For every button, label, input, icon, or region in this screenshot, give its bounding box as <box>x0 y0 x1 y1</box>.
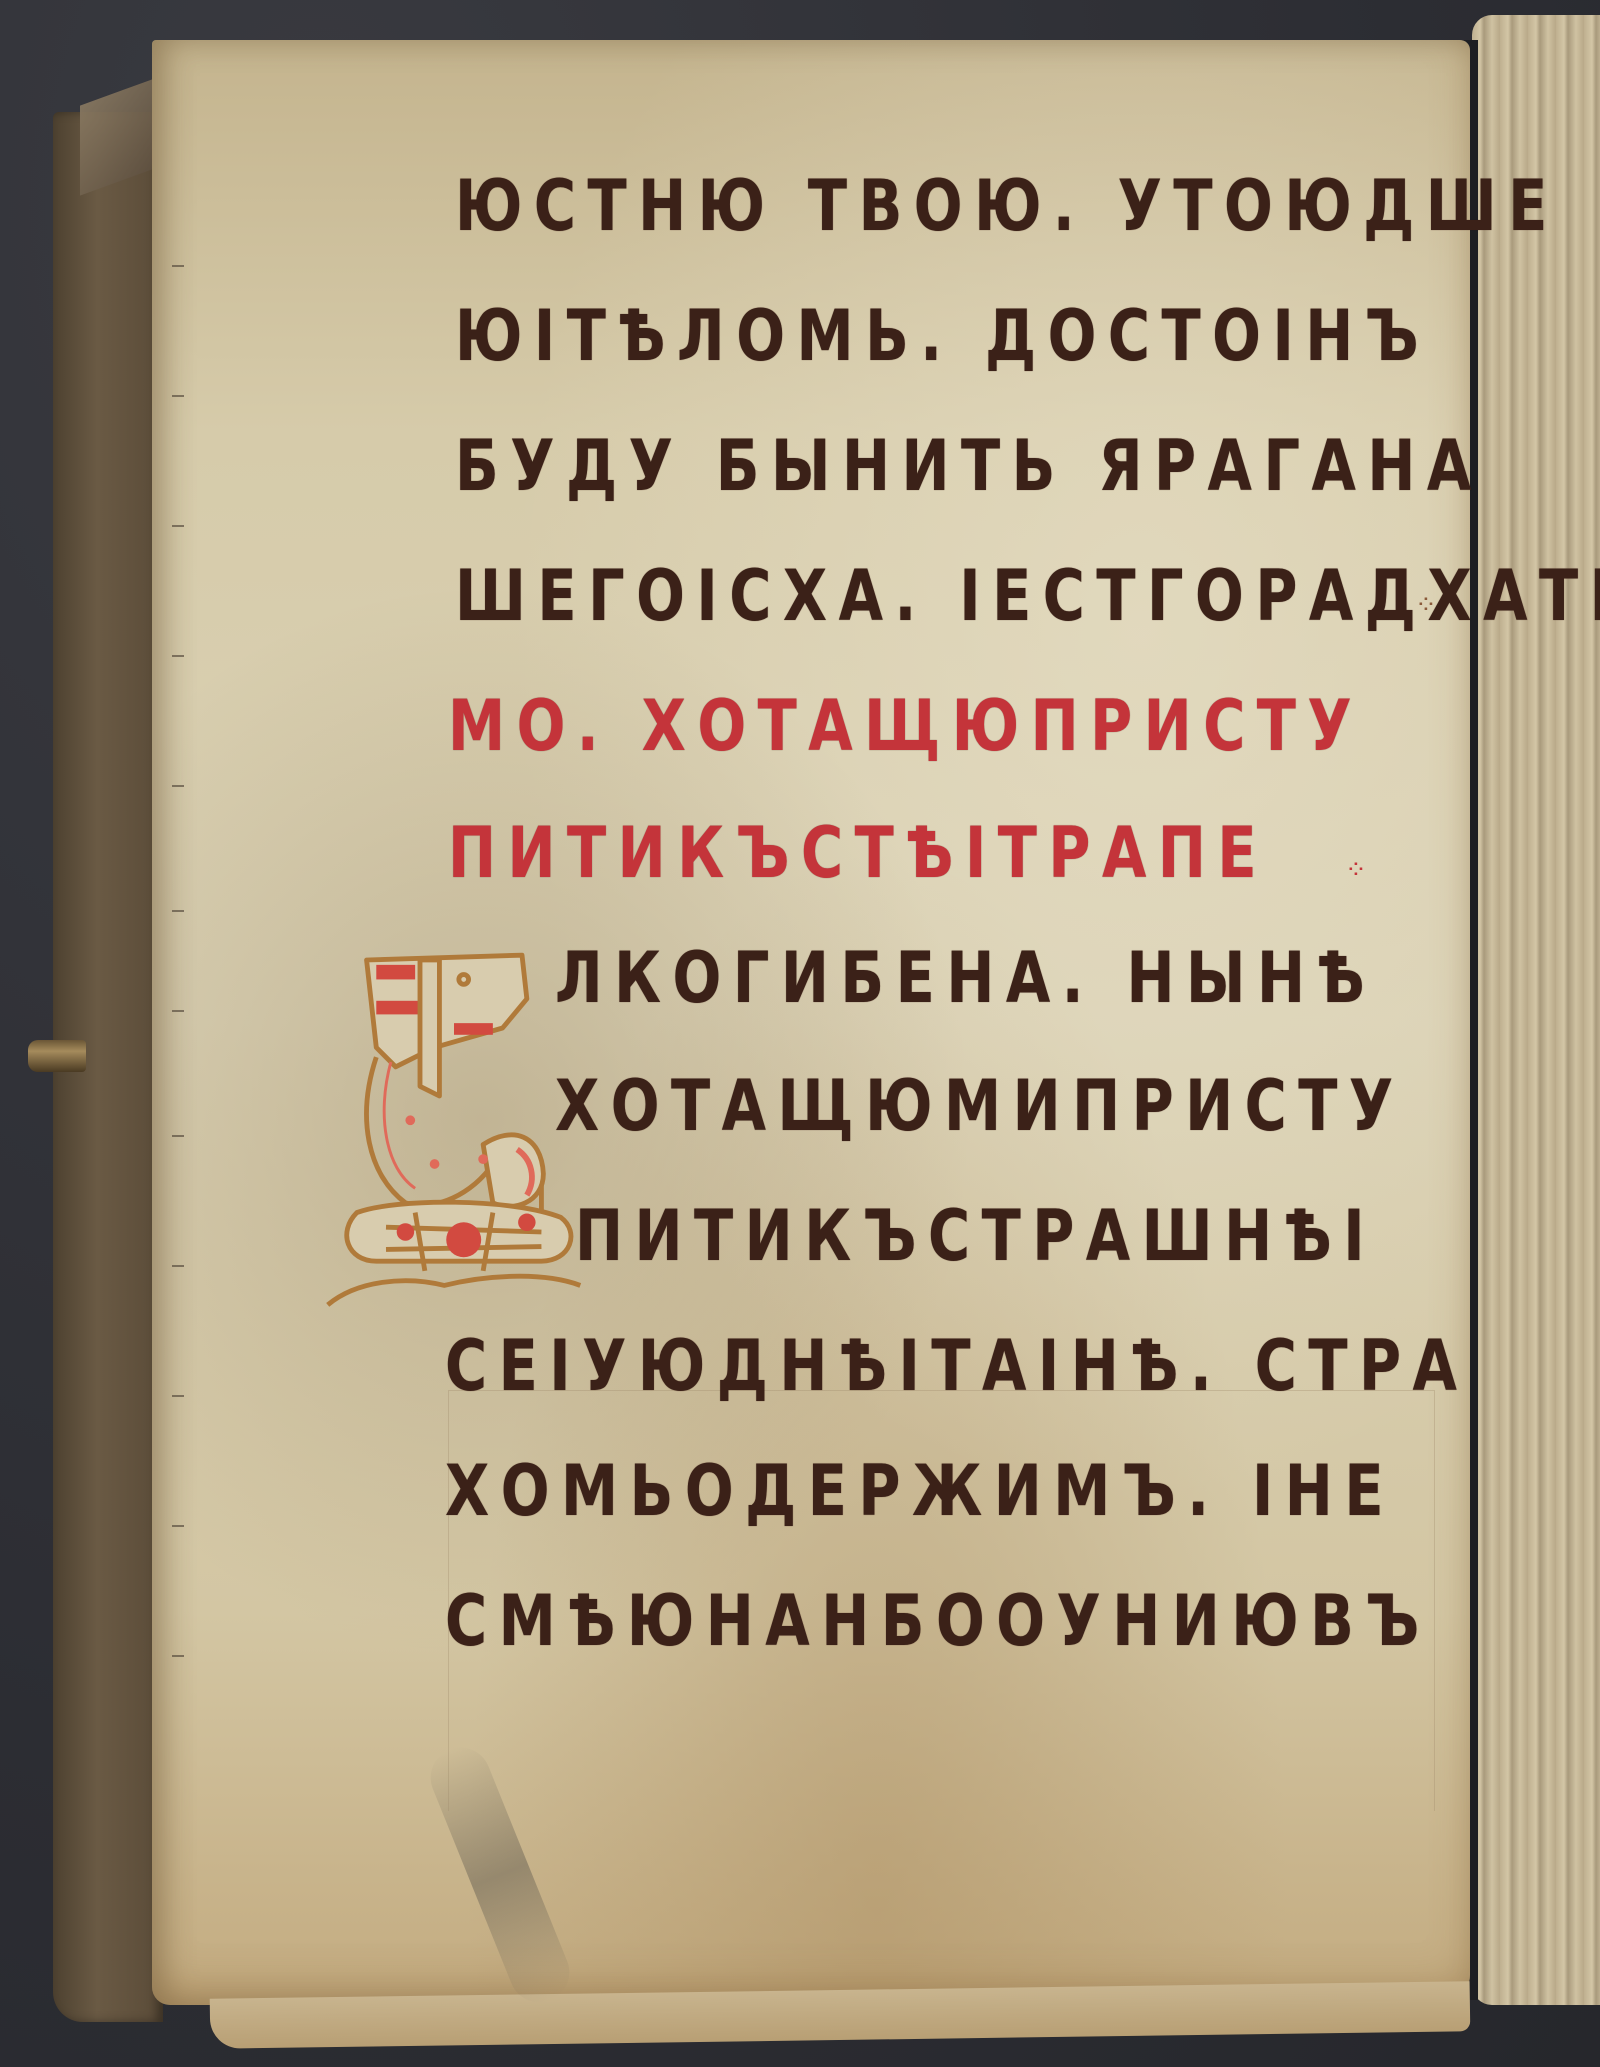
text-line-11: ХОМЬОДЕРЖИМЪ. ІНЕ <box>445 1450 1395 1532</box>
text-line-2: ЮІТѢЛОМЬ. ДОСТОІНЪ <box>455 295 1430 377</box>
rubric-line-5: МО. ХОТАЩЮПРИСТУ <box>448 685 1363 767</box>
decorated-initial-icon <box>318 935 590 1325</box>
text-line-9: ПИТИКЪСТРАШНѢІ <box>575 1195 1376 1277</box>
text-line-3: БУДУ БЫНИТЬ ЯРАГАНА <box>455 425 1483 507</box>
rubric-line-6: ПИТИКЪСТѢІТРАПЕ <box>448 812 1268 894</box>
text-line-7: ЛКОГИБЕНА. НЫНѢ <box>555 937 1376 1019</box>
manuscript-text-block: ЮСТНЮ ТВОЮ. УТОЮДШЕ ЮІТѢЛОМЬ. ДОСТОІНЪ Б… <box>0 0 1600 2067</box>
text-line-10: СЕІУЮДНѢІТАІНѢ. СТРА <box>445 1325 1468 1407</box>
text-line-1: ЮСТНЮ ТВОЮ. УТОЮДШЕ <box>455 165 1559 247</box>
punctuation-mark-icon: ⁘ <box>1345 855 1367 885</box>
text-line-12: СМѢЮНАНБООУНИЮВЪ <box>445 1580 1431 1662</box>
text-line-8: ХОТАЩЮМИПРИСТУ <box>555 1065 1405 1147</box>
punctuation-mark-icon: ⁘ <box>1415 590 1437 620</box>
